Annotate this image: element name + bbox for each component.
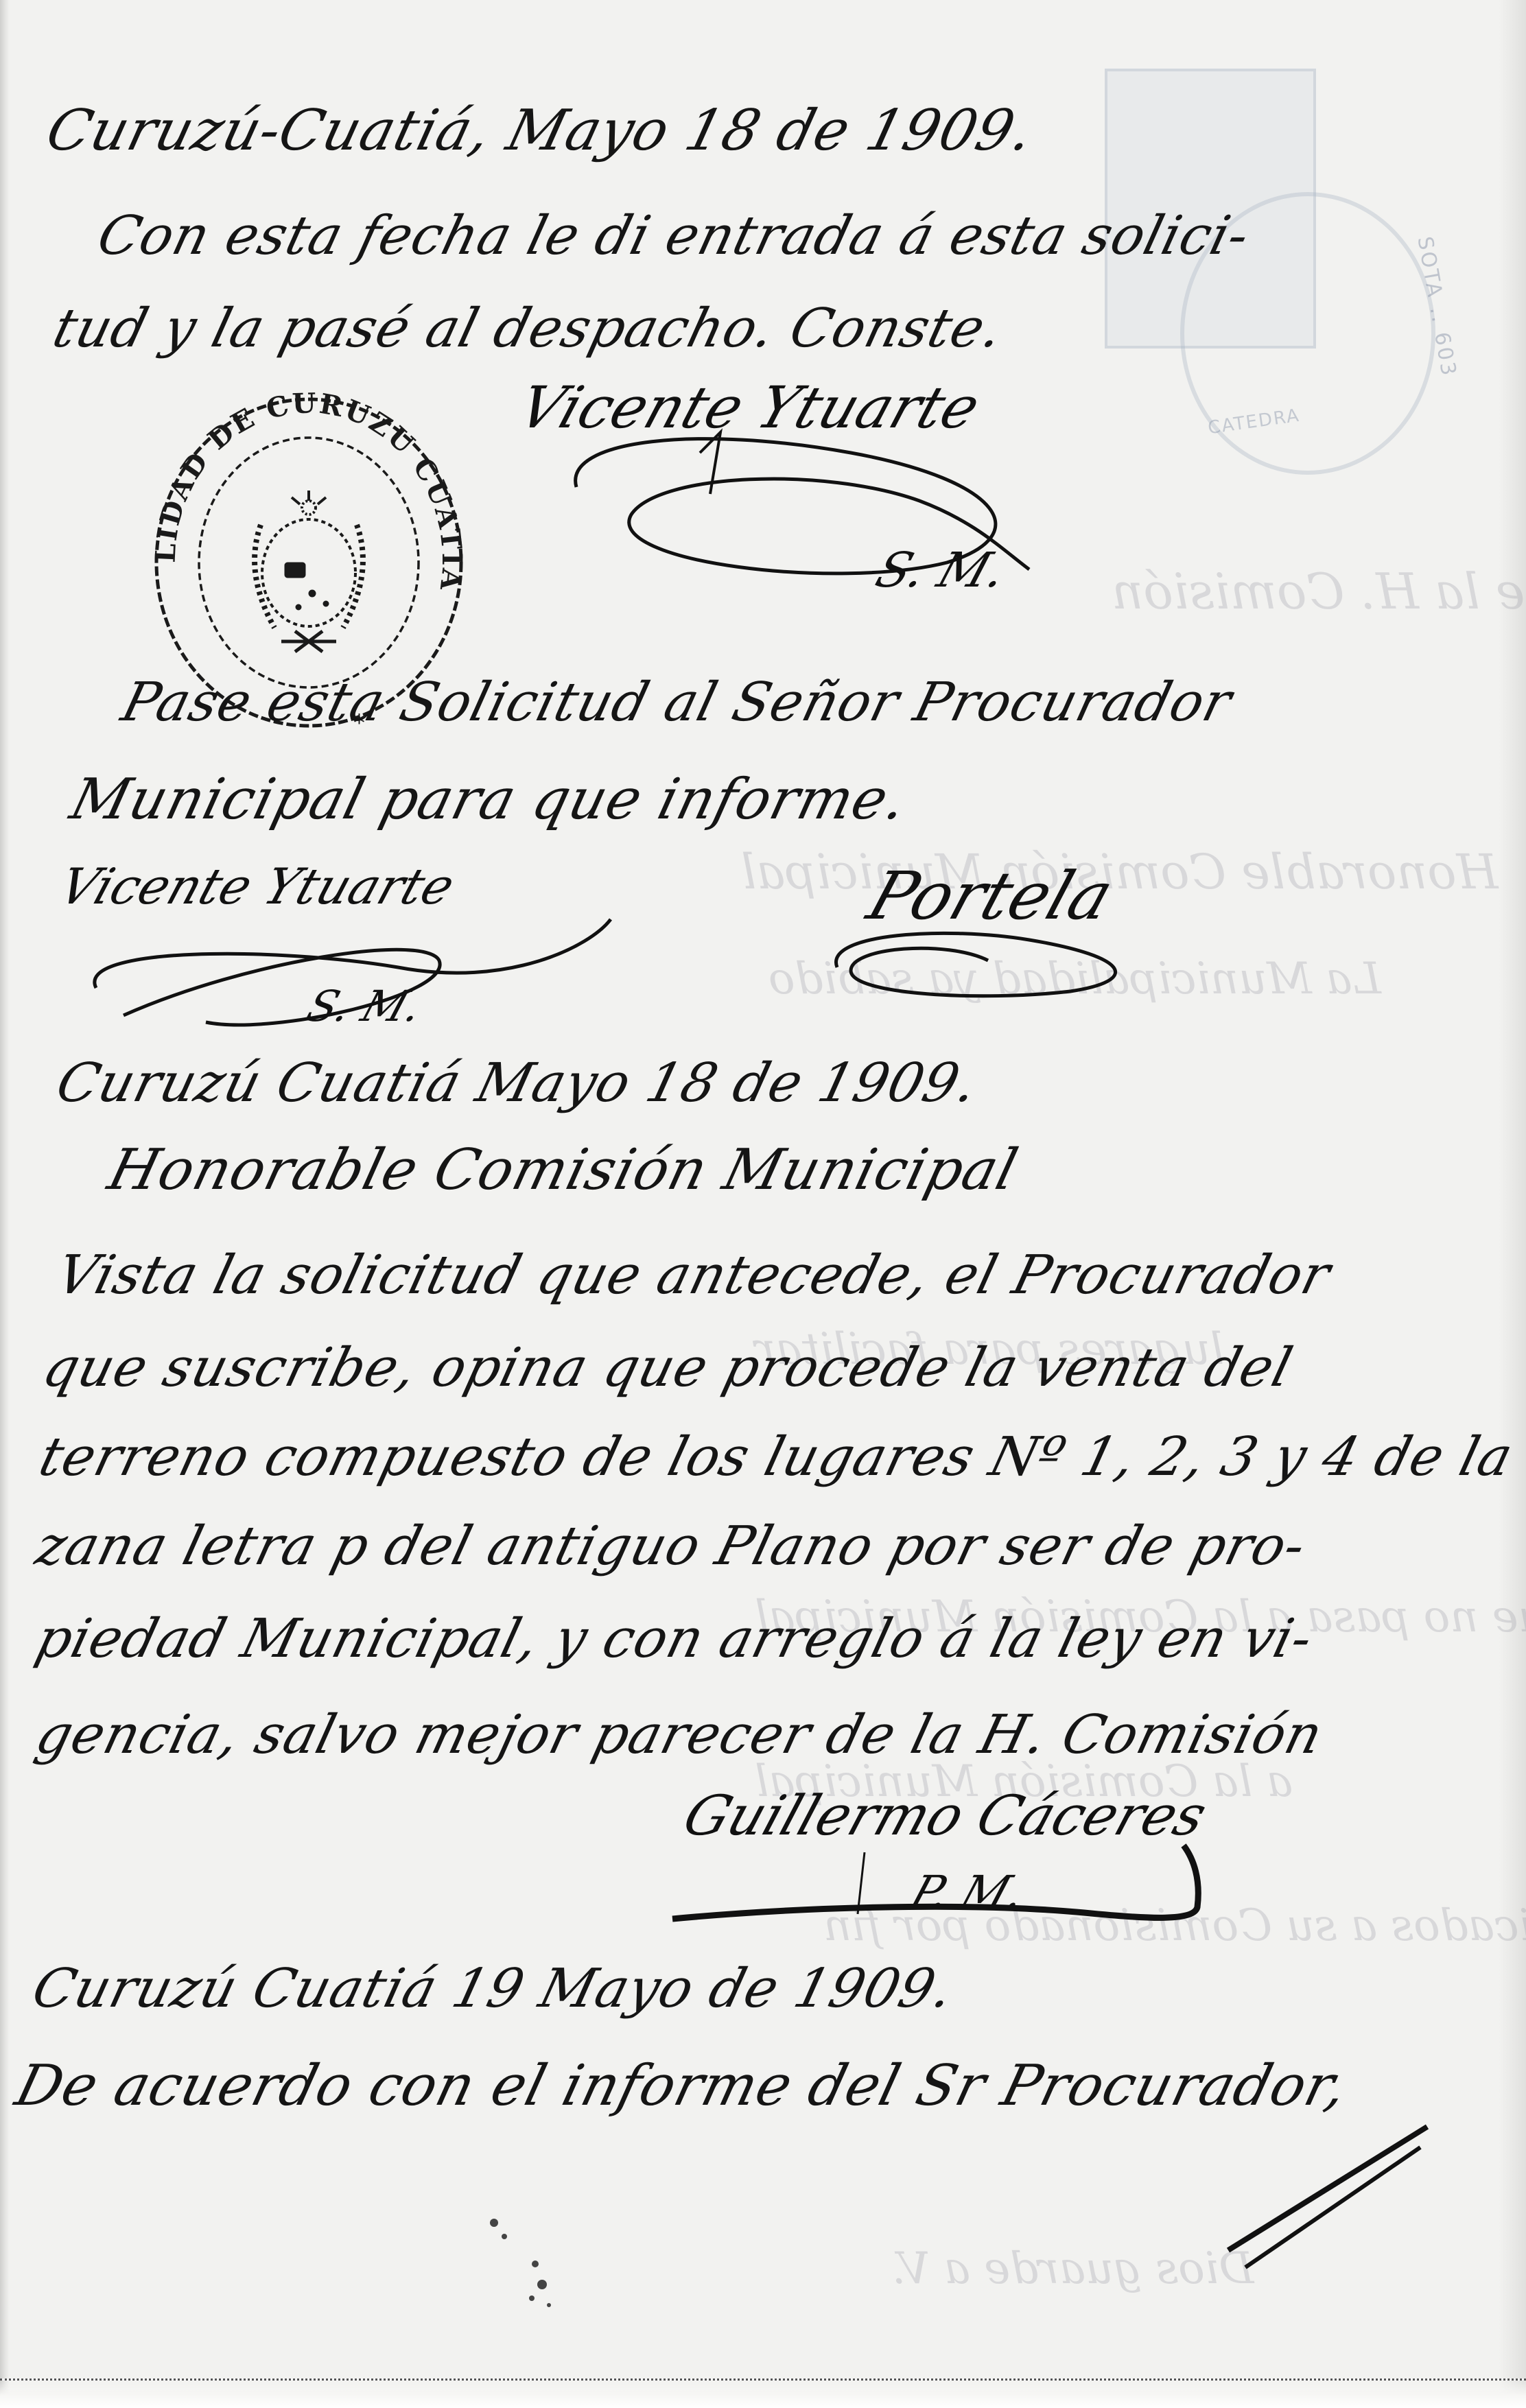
bleed-through-text: Honorable Comisión Municipal (741, 844, 1499, 900)
document-page: Al Honorable de la H. Comisión Honorable… (0, 0, 1526, 2408)
signature-underline (659, 1839, 1221, 1948)
entry3-salutation: Honorable Comisión Municipal (103, 1142, 1023, 1199)
entry3-body-line: terreno compuesto de los lugares Nº 1, 2… (34, 1430, 1526, 1484)
entry1-dateline: Curuzú-Cuatiá, Mayo 18 de 1909. (41, 103, 1039, 159)
page-bottom-edge (0, 2379, 1526, 2408)
bleed-through-text: Dios guarde a V. (892, 2243, 1254, 2294)
entry1-signature-title: S. M. (869, 542, 1014, 598)
page-right-edge (1499, 0, 1526, 2408)
entry3-body-line: Vista la solicitud que antecede, el Proc… (51, 1249, 1335, 1302)
bleed-through-text: Al Honorable de la H. Comisión (1112, 563, 1526, 620)
entry3-body-line: que suscribe, opina que procede la venta… (38, 1341, 1298, 1395)
ink-blot (467, 2195, 576, 2319)
entry4-dateline: Curuzú Cuatiá 19 Mayo de 1909. (27, 1962, 959, 2016)
signature-flourish (810, 906, 1153, 1002)
coat-of-arms-icon (255, 491, 363, 652)
entry2-line1: Pase esta Solicitud al Señor Procurador (117, 676, 1237, 729)
entry3-body-line: gencia, salvo mejor parecer de la H. Com… (31, 1708, 1328, 1762)
page-left-edge (0, 0, 10, 2408)
entry3-dateline: Curuzú Cuatiá Mayo 18 de 1909. (51, 1057, 983, 1110)
entry1-line3: tud y la pasé al despacho. Conste. (48, 302, 1008, 355)
entry3-body-line: zana letra p del antiguo Plano por ser d… (31, 1520, 1311, 1573)
entry1-line2: Con esta fecha le di entrada á esta soli… (93, 209, 1255, 263)
closing-double-slash-icon (1208, 2113, 1441, 2278)
entry2-signature-left-title: S. M. (301, 981, 429, 1031)
entry3-body-line: piedad Municipal, y con arreglo á la ley… (31, 1612, 1318, 1666)
entry4-line1: De acuerdo con el informe del Sr Procura… (10, 2058, 1353, 2114)
entry2-line2: Municipal para que informe. (65, 772, 913, 828)
